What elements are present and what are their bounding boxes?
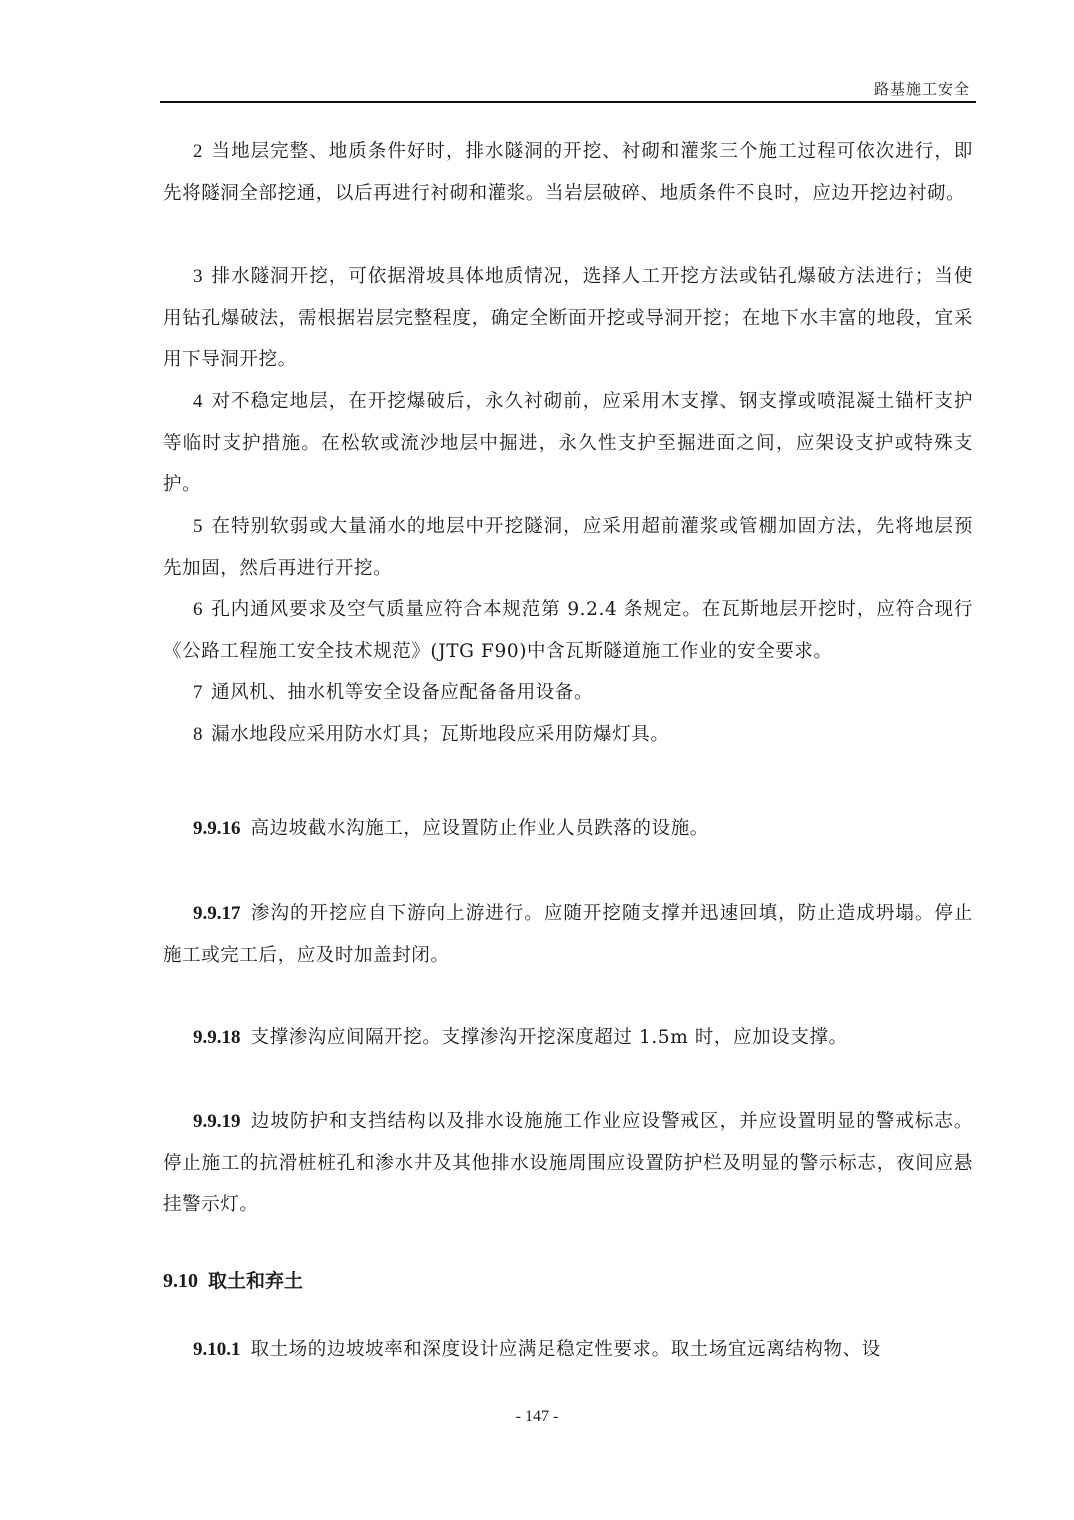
clause-9-9-19: 9.9.19边坡防护和支挡结构以及排水设施施工作业应设警戒区，并应设置明显的警戒… [163, 1101, 973, 1226]
clause-number: 9.10.1 [193, 1339, 241, 1360]
clause-9-10-1: 9.10.1取土场的边坡坡率和深度设计应满足稳定性要求。取土场宜远离结构物、设 [163, 1329, 973, 1371]
list-item-7: 7通风机、抽水机等安全设备应配备备用设备。 [163, 672, 973, 714]
clause-number: 9.9.16 [193, 818, 241, 839]
item-number: 8 [193, 724, 203, 745]
item-number: 6 [193, 599, 203, 620]
list-item-3: 3排水隧洞开挖，可依据滑坡具体地质情况，选择人工开挖方法或钻孔爆破方法进行；当使… [163, 256, 973, 381]
clause-text: 高边坡截水沟施工，应设置防止作业人员跌落的设施。 [251, 818, 709, 839]
item-number: 7 [193, 682, 203, 703]
clause-number: 9.9.18 [193, 1027, 241, 1048]
item-number: 2 [193, 141, 203, 162]
clause-text: 渗沟的开挖应自下游向上游进行。应随开挖随支撑并迅速回填，防止造成坍塌。停止施工或… [163, 903, 973, 966]
item-text: 孔内通风要求及空气质量应符合本规范第 9.2.4 条规定。在瓦斯地层开挖时，应符… [163, 599, 973, 662]
clause-9-9-17: 9.9.17渗沟的开挖应自下游向上游进行。应随开挖随支撑并迅速回填，防止造成坍塌… [163, 893, 973, 976]
list-item-4: 4对不稳定地层，在开挖爆破后，永久衬砌前，应采用木支撑、钢支撑或喷混凝土锚杆支护… [163, 381, 973, 506]
item-text: 排水隧洞开挖，可依据滑坡具体地质情况，选择人工开挖方法或钻孔爆破方法进行；当使用… [163, 266, 973, 370]
list-item-5: 5在特别软弱或大量涌水的地层中开挖隧洞，应采用超前灌浆或管棚加固方法，先将地层预… [163, 506, 973, 589]
list-item-8: 8漏水地段应采用防水灯具；瓦斯地段应采用防爆灯具。 [163, 714, 973, 756]
clause-text: 边坡防护和支挡结构以及排水设施施工作业应设警戒区，并应设置明显的警戒标志。停止施… [163, 1111, 973, 1215]
section-heading: 9.10取土和弃土 [163, 1266, 303, 1293]
list-item-6: 6孔内通风要求及空气质量应符合本规范第 9.2.4 条规定。在瓦斯地层开挖时，应… [163, 589, 973, 672]
clause-9-9-18: 9.9.18支撑渗沟应间隔开挖。支撑渗沟开挖深度超过 1.5m 时，应加设支撑。 [163, 1017, 973, 1059]
list-item-2: 2当地层完整、地质条件好时，排水隧洞的开挖、衬砌和灌浆三个施工过程可依次进行，即… [163, 131, 973, 214]
section-title: 取土和弃土 [208, 1270, 303, 1292]
clause-9-9-16: 9.9.16高边坡截水沟施工，应设置防止作业人员跌落的设施。 [163, 808, 973, 850]
item-text: 对不稳定地层，在开挖爆破后，永久衬砌前，应采用木支撑、钢支撑或喷混凝土锚杆支护等… [163, 391, 973, 495]
page-number: - 147 - [0, 1408, 1074, 1426]
clause-number: 9.9.17 [193, 903, 241, 924]
clause-text: 取土场的边坡坡率和深度设计应满足稳定性要求。取土场宜远离结构物、设 [251, 1339, 881, 1360]
header-divider [160, 101, 976, 103]
item-number: 5 [193, 516, 203, 537]
item-text: 当地层完整、地质条件好时，排水隧洞的开挖、衬砌和灌浆三个施工过程可依次进行，即先… [163, 141, 973, 204]
running-header-title: 路基施工安全 [874, 78, 970, 99]
clause-text: 支撑渗沟应间隔开挖。支撑渗沟开挖深度超过 1.5m 时，应加设支撑。 [251, 1027, 848, 1048]
item-text: 在特别软弱或大量涌水的地层中开挖隧洞，应采用超前灌浆或管棚加固方法，先将地层预先… [163, 516, 973, 579]
clause-number: 9.9.19 [193, 1111, 241, 1132]
item-number: 4 [193, 391, 203, 412]
item-text: 漏水地段应采用防水灯具；瓦斯地段应采用防爆灯具。 [211, 724, 669, 745]
section-number: 9.10 [163, 1270, 198, 1292]
document-page: 路基施工安全 2当地层完整、地质条件好时，排水隧洞的开挖、衬砌和灌浆三个施工过程… [0, 0, 1074, 1520]
item-text: 通风机、抽水机等安全设备应配备备用设备。 [211, 682, 593, 703]
item-number: 3 [193, 266, 203, 287]
